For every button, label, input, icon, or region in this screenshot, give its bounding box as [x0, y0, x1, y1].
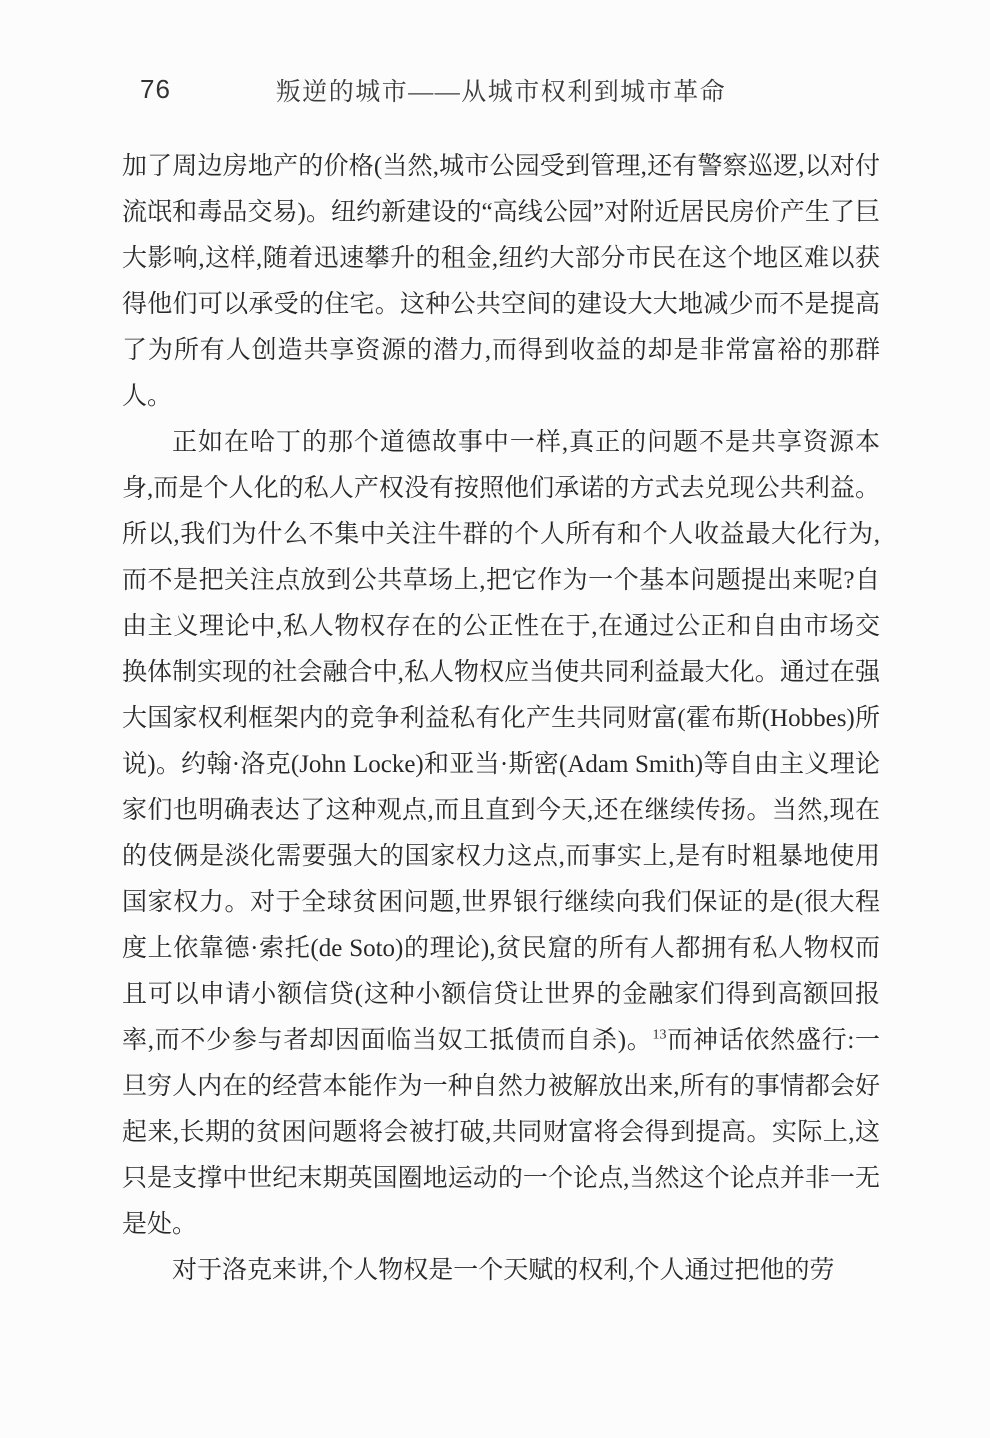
paragraph-text: 而神话依然盛行:一旦穷人内在的经营本能作为一种自然力被解放出来,所有的事情都会好… — [122, 1027, 880, 1238]
paragraph-commons: 正如在哈丁的那个道德故事中一样,真正的问题不是共享资源本身,而是个人化的私人产权… — [122, 420, 880, 1248]
paragraph-text: 对于洛克来讲,个人物权是一个天赋的权利,个人通过把他的劳 — [172, 1257, 835, 1284]
running-head-title: 叛逆的城市——从城市权利到城市革命 — [122, 72, 880, 108]
paragraph-text: 正如在哈丁的那个道德故事中一样,真正的问题不是共享资源本身,而是个人化的私人产权… — [122, 429, 880, 1054]
book-page-scan: 76 叛逆的城市——从城市权利到城市革命 加了周边房地产的价格(当然,城市公园受… — [0, 0, 990, 1438]
body-text: 加了周边房地产的价格(当然,城市公园受到管理,还有警察巡逻,以对付流氓和毒品交易… — [122, 144, 880, 1294]
paragraph-locke: 对于洛克来讲,个人物权是一个天赋的权利,个人通过把他的劳 — [122, 1248, 880, 1294]
running-head: 76 叛逆的城市——从城市权利到城市革命 — [122, 72, 880, 104]
paragraph-continuation: 加了周边房地产的价格(当然,城市公园受到管理,还有警察巡逻,以对付流氓和毒品交易… — [122, 144, 880, 420]
footnote-ref-13: 13 — [653, 1028, 667, 1043]
paragraph-text: 加了周边房地产的价格(当然,城市公园受到管理,还有警察巡逻,以对付流氓和毒品交易… — [122, 153, 880, 410]
